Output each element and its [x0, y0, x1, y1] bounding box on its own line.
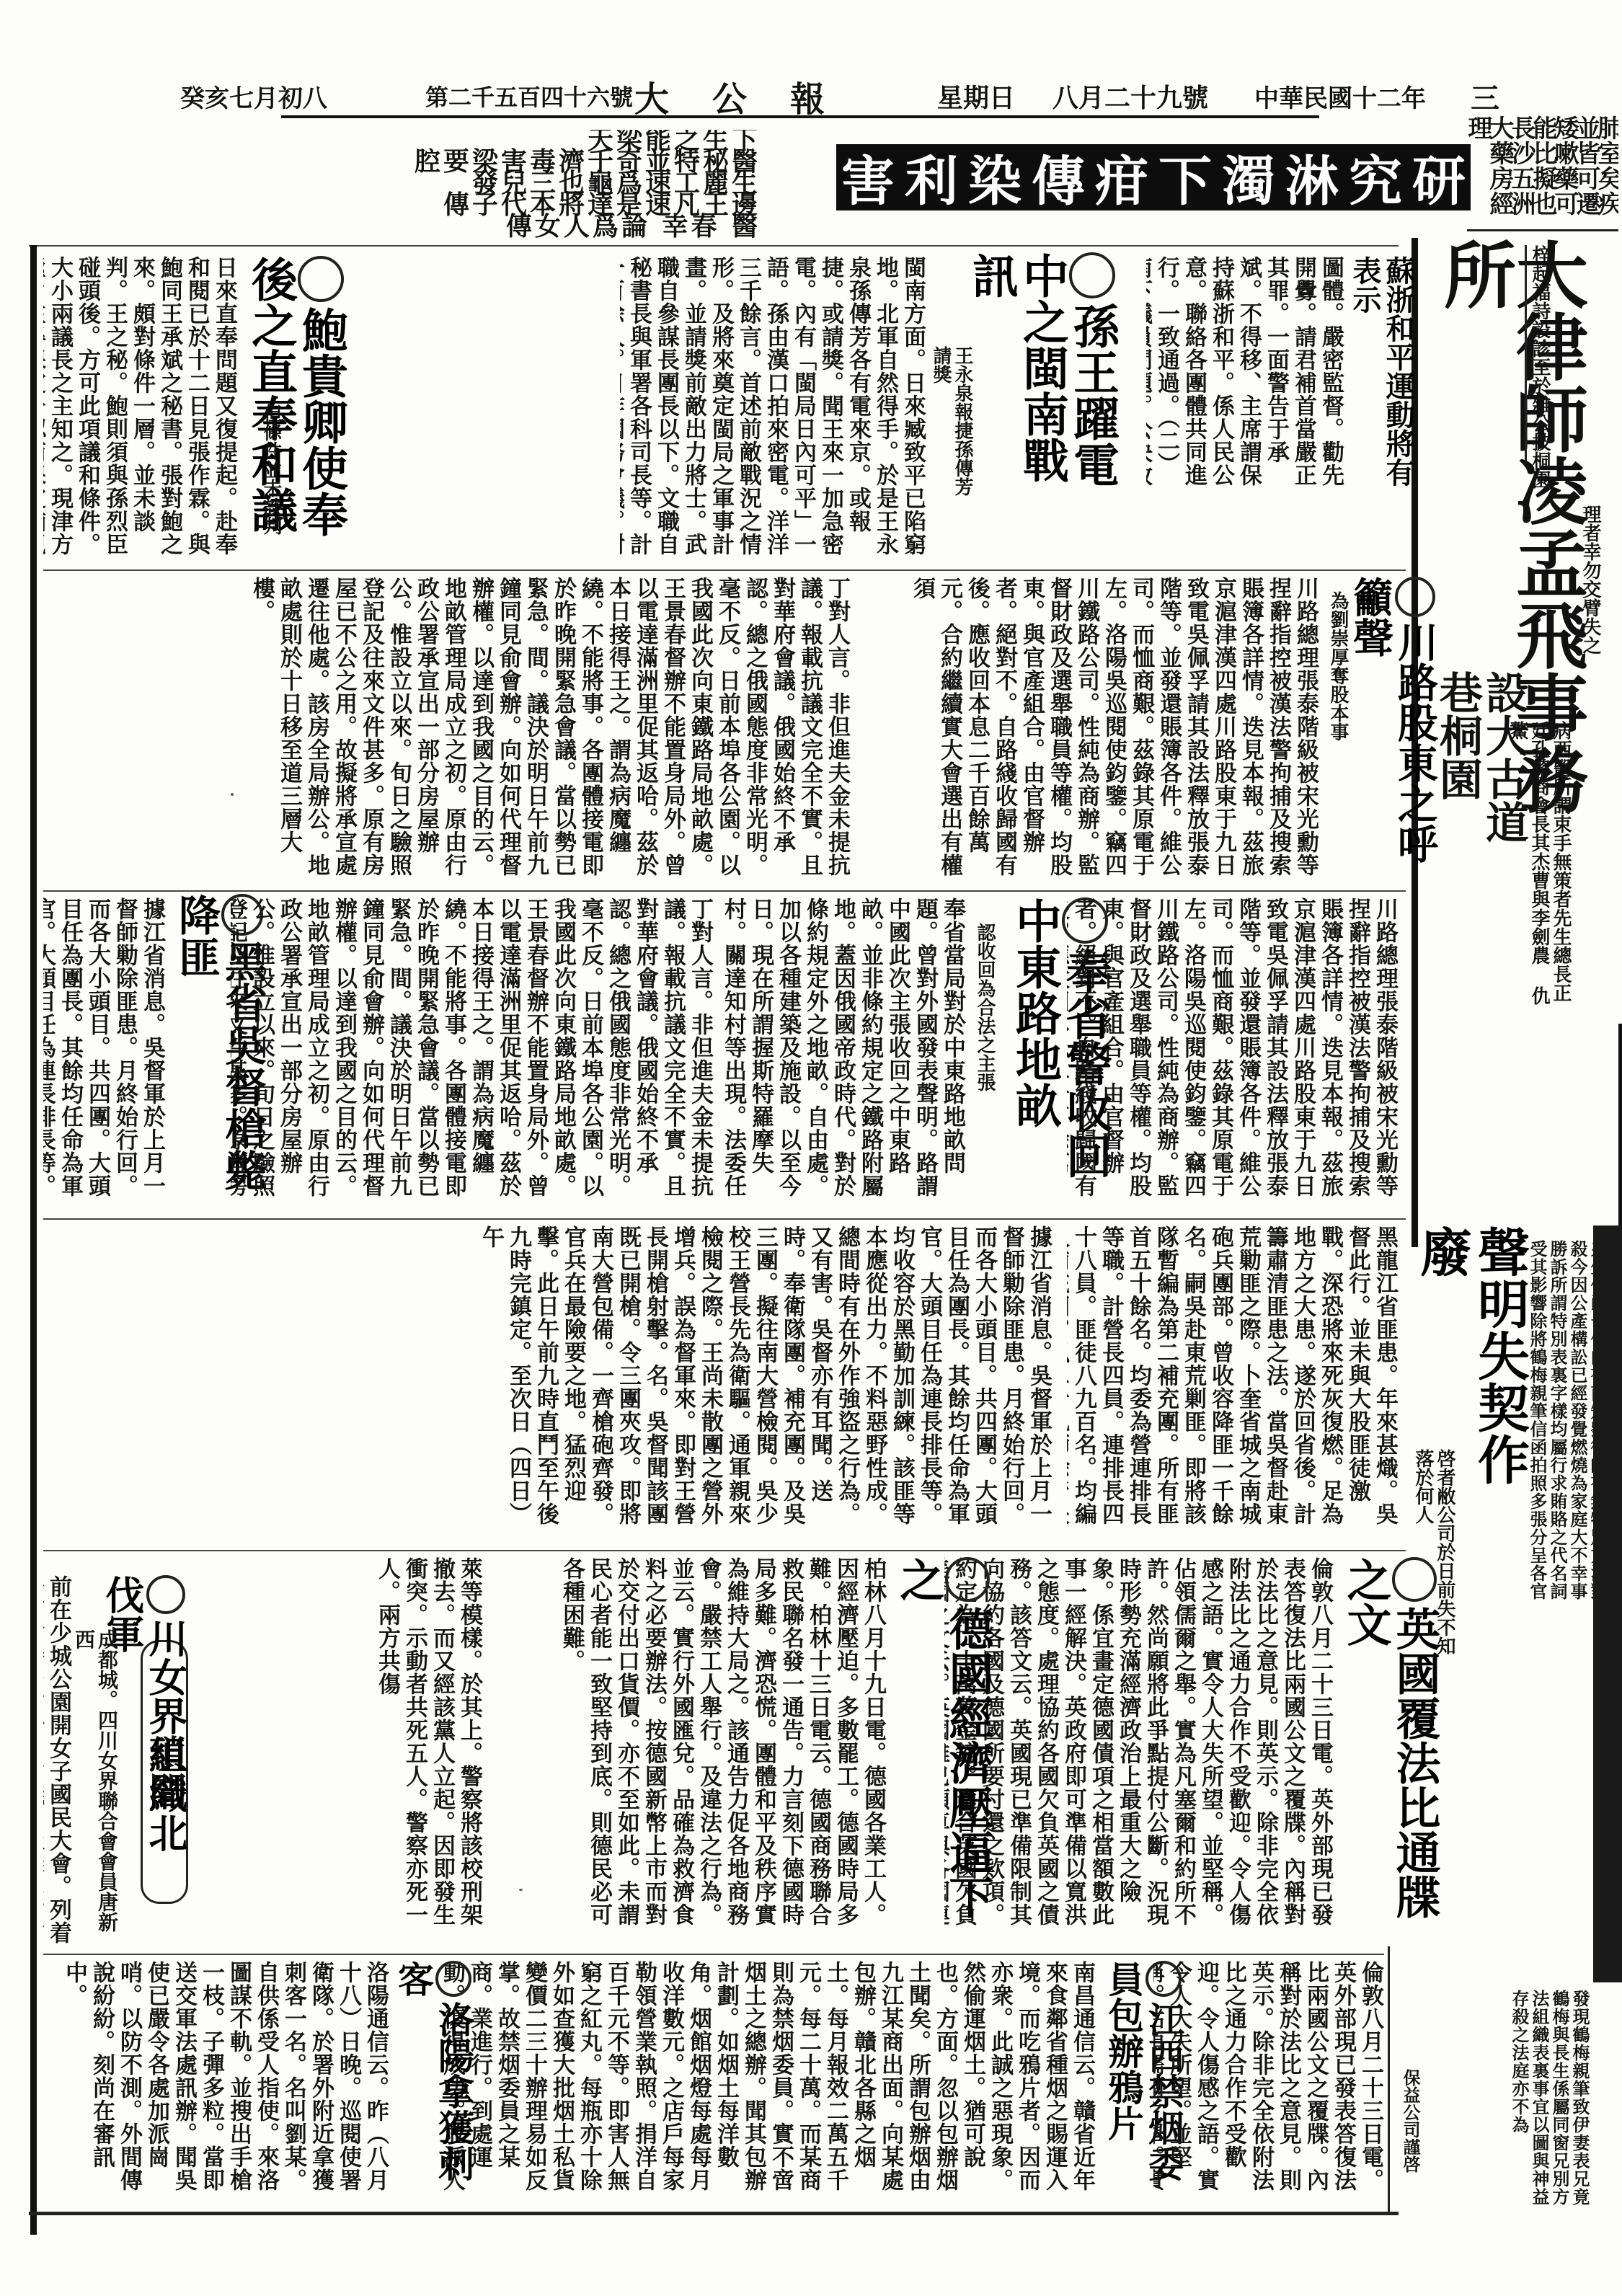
row1-rule — [29, 245, 1399, 247]
luoyang-headline: 洛陽拿獲刺客 — [393, 1961, 474, 2206]
sichuan-women-subhead: 成都城。四川女界聯合會會員唐新西 — [72, 1629, 118, 1946]
company-notice: 發現鶴梅親筆致伊妻表兄竟鶴梅與長生係屬同窗兄別方法組織表裏事宜以圖與神益存殺之法… — [1431, 1990, 1590, 2206]
masthead-republic-year: 中華民國十二年 — [1254, 78, 1426, 114]
lawyer-ad-warning: 理者幸勿交臂失之 — [1579, 505, 1602, 706]
banner-char: 淋 — [1285, 139, 1339, 216]
company-signature: 保益公司謹啓 — [1399, 2069, 1422, 2213]
lawyer-ad-side-note: 梓起福詩設診至於雜公披桐園 — [1528, 245, 1551, 634]
bullet-circle-icon — [146, 1575, 185, 1614]
row2-top-rule — [43, 569, 1406, 571]
decorative-border — [1593, 1225, 1622, 1982]
banner-char: 究 — [1349, 139, 1402, 216]
luoyang-body: 洛陽通信云。昨（八月十八）日晚。巡閱使署衛隊。於署外附近拿獲刺客一名。名叫劉某。… — [43, 1961, 389, 2206]
banner-char: 害 — [841, 139, 895, 216]
masthead-weekday: 星期日 — [937, 78, 1015, 114]
pharmacy-ad: 肺室矣疾並皆可遷矮嗽藥可能比擬也長沙五洲大藥房經理 — [1456, 115, 1618, 238]
row3-right-body: 川路總理張泰階級被宋光勳等捏辭指控被漢法警拘捕及搜索賬簿各詳情。迭見本報。茲旅京… — [1067, 897, 1399, 1215]
lost-deed-body: 弟生信函一件內有商知劉律師有無特別方法對殺今因公產構訟已經發覺燃燒為家庭大不幸事… — [1442, 1240, 1608, 1600]
row3-mid-body: 丁對人言。非但進夫金未提抗議。報載抗議文完全不實。且對華府會議。俄國始終不承認。… — [231, 897, 714, 1215]
ad-rule — [1467, 229, 1618, 231]
banner-char: 傳 — [1032, 139, 1085, 216]
masthead-paper-name: 大公報 — [634, 78, 868, 114]
chuan-road-subhead: 為劉崇厚奪股本事 — [1326, 591, 1350, 750]
sun-wang-subheads: 王永泉報捷孫傳芳請獎 — [930, 346, 973, 505]
bao-body: 日來直奉問題又復提起。赴奉和閱已於十二日見張作霖。與鮑同王承斌之秘書。張對鮑之來… — [43, 256, 238, 559]
scan-speck — [519, 1889, 523, 1891]
suzhe-headline: 蘇浙和平運動將有表示 — [1348, 256, 1414, 487]
lunar-date: 癸亥七月初八 — [180, 79, 327, 114]
germany-body: 柏林八月十九日電。德國各業工人。因經濟壓迫。多數罷工。德國時局多難。柏林十三日電… — [490, 1557, 887, 1946]
masthead-rule — [281, 115, 1319, 118]
issue-number: 第二千五百四十六號 — [425, 79, 633, 112]
uk-reply-body: 倫敦八月二十三日電。英外部現已發表答復法比兩國公文之覆牒。內稱對於法比之意見。則… — [944, 1557, 1334, 1946]
masthead-page-number: 三 — [1471, 78, 1557, 114]
banner-char: 濁 — [1222, 139, 1275, 216]
sun-wang-headline: 孫王躍電中之閩南戰訊 — [966, 252, 1117, 512]
jiangxi-opium-body: 南昌通信云。贛省近年來食鄰省種烟之賜運入境。而吃鴉片者。因而亦衆。此誠之惡現象。… — [440, 1961, 1096, 2206]
continued-article-body: 丁對人言。非但進夫金未提抗議。報載抗議文完全不實。且對華府會議。俄國始終不承認。… — [43, 577, 851, 879]
hei-wu-body: 據江省消息。吳督軍於上月一督師勦除匪患。月終始行回。而各大小頭目。共四團。大頭目… — [43, 1225, 1052, 1543]
masthead-issue: 第二千五百四十六號 — [425, 78, 633, 114]
hei-wu-body-start: 據江省消息。吳督軍於上月一督師勦除匪患。月終始行回。而各大小頭目。共四團。大頭目… — [43, 897, 166, 1215]
sichuan-women-body: 前在少城公園開女子國民大會。列着一切村時局方針。省議員杜柴扉君當衆演界開會。徒託… — [43, 1575, 72, 1950]
sun-wang-body: 閩南方面。日來臧致平已陷窮地。北軍自然得手。於是王永泉孫傳芳各有電來京。或報捷。… — [620, 256, 926, 559]
weekday: 星期日 — [937, 78, 1015, 115]
page-number: 三 — [1471, 76, 1499, 117]
scan-speck — [1009, 1471, 1011, 1473]
uk-reply-headline: 英國覆法比通牒之文 — [1341, 1557, 1439, 1932]
ad-inner-rule — [1525, 245, 1527, 461]
germany-continued: 萊等模樣。於其上。警察將該校刑架撤去。而又經該黨人立起。因即發生衝突。示動者共死… — [209, 1557, 483, 1946]
newspaper-page: 三 中華民國十二年 八月二十九號 星期日 大公報 第二千五百四十六號 癸亥七月初… — [0, 0, 1622, 2296]
left-top-ad: 天梁能之生下 腔要梁害毒濟千奇並特秘醫 發兒三也龜爲速工麗生 傳子代本將達是速凡… — [40, 130, 761, 238]
left-border — [30, 245, 37, 2235]
banner-char: 染 — [968, 139, 1021, 216]
row6-top-rule — [43, 1954, 1384, 1955]
bullet-circle-icon — [1069, 252, 1115, 298]
suzhe-body: 圖體。嚴密監督。勸先開釁。請君補首當嚴正其罪。一面警告于承斌。不得移、主席謂保持… — [1146, 256, 1344, 494]
banner-headline: 害 利 染 傳 疳 下 濁 淋 究 研 — [836, 144, 1471, 210]
uk-reply-continued: 倫敦八月二十三日電。英外部現已發表答復法比兩國公文之覆牒。內稱對於法比之意見。則… — [1153, 1961, 1384, 2206]
row4-top-rule — [43, 1218, 1406, 1220]
fengsheng-body: 奉省當局對於中東路地畝問題。曾對外國發表聲明。路謂中國此次主張收回之中東路畝。並… — [721, 897, 966, 1215]
row3-top-rule — [43, 890, 1406, 892]
masthead-date: 八月二十九號 — [1052, 78, 1208, 114]
paper-name: 大公報 — [634, 71, 868, 121]
date: 八月二十九號 — [1052, 78, 1208, 115]
wu-bandit-body: 黑龍江省匪患。年來甚熾。吳督此行。並未與大股匪徒激戰。深恐將來死灰復燃。足為地方… — [1067, 1225, 1399, 1543]
germany-headline: 德國經濟壓逼下之 — [894, 1557, 992, 1946]
fengsheng-subhead: 認收回為合法之主張 — [973, 923, 996, 1110]
bullet-circle-icon — [298, 256, 344, 302]
banner-char: 下 — [1158, 139, 1212, 216]
bullet-circle-icon — [1395, 577, 1435, 617]
banner-char: 疳 — [1095, 139, 1148, 216]
bullet-circle-icon — [1392, 1557, 1437, 1602]
lawyer-ad-clinic: 病西醫所謂束手無策者先生總長正廷孔總商會長其杰曹與李劍農 仇 鰲 — [1507, 721, 1572, 1009]
row5-top-rule — [43, 1550, 1406, 1551]
chuan-road-headline: 川路股東之呼籲聲 — [1348, 577, 1437, 865]
ad-line: 傳女人爲論 幸春 醫 — [40, 216, 761, 238]
bao-subhead: 但條件並未談判 — [260, 404, 283, 548]
scan-speck — [231, 793, 234, 796]
bullet-circle-icon — [435, 1961, 471, 1997]
notice-divider — [1388, 1946, 1390, 2213]
chuan-road-body: 川路總理張泰階級被宋光勳等捏辭指控被漢法警拘捕及搜索賬簿各詳情。迭見本報。茲旅京… — [865, 577, 1319, 879]
page-bottom-rule — [29, 2212, 1399, 2215]
republic-year: 中華民國十二年 — [1254, 79, 1426, 114]
bullet-circle-icon — [945, 1557, 990, 1602]
banner-char: 利 — [905, 139, 958, 216]
masthead-lunar-date: 癸亥七月初八 — [180, 78, 327, 114]
